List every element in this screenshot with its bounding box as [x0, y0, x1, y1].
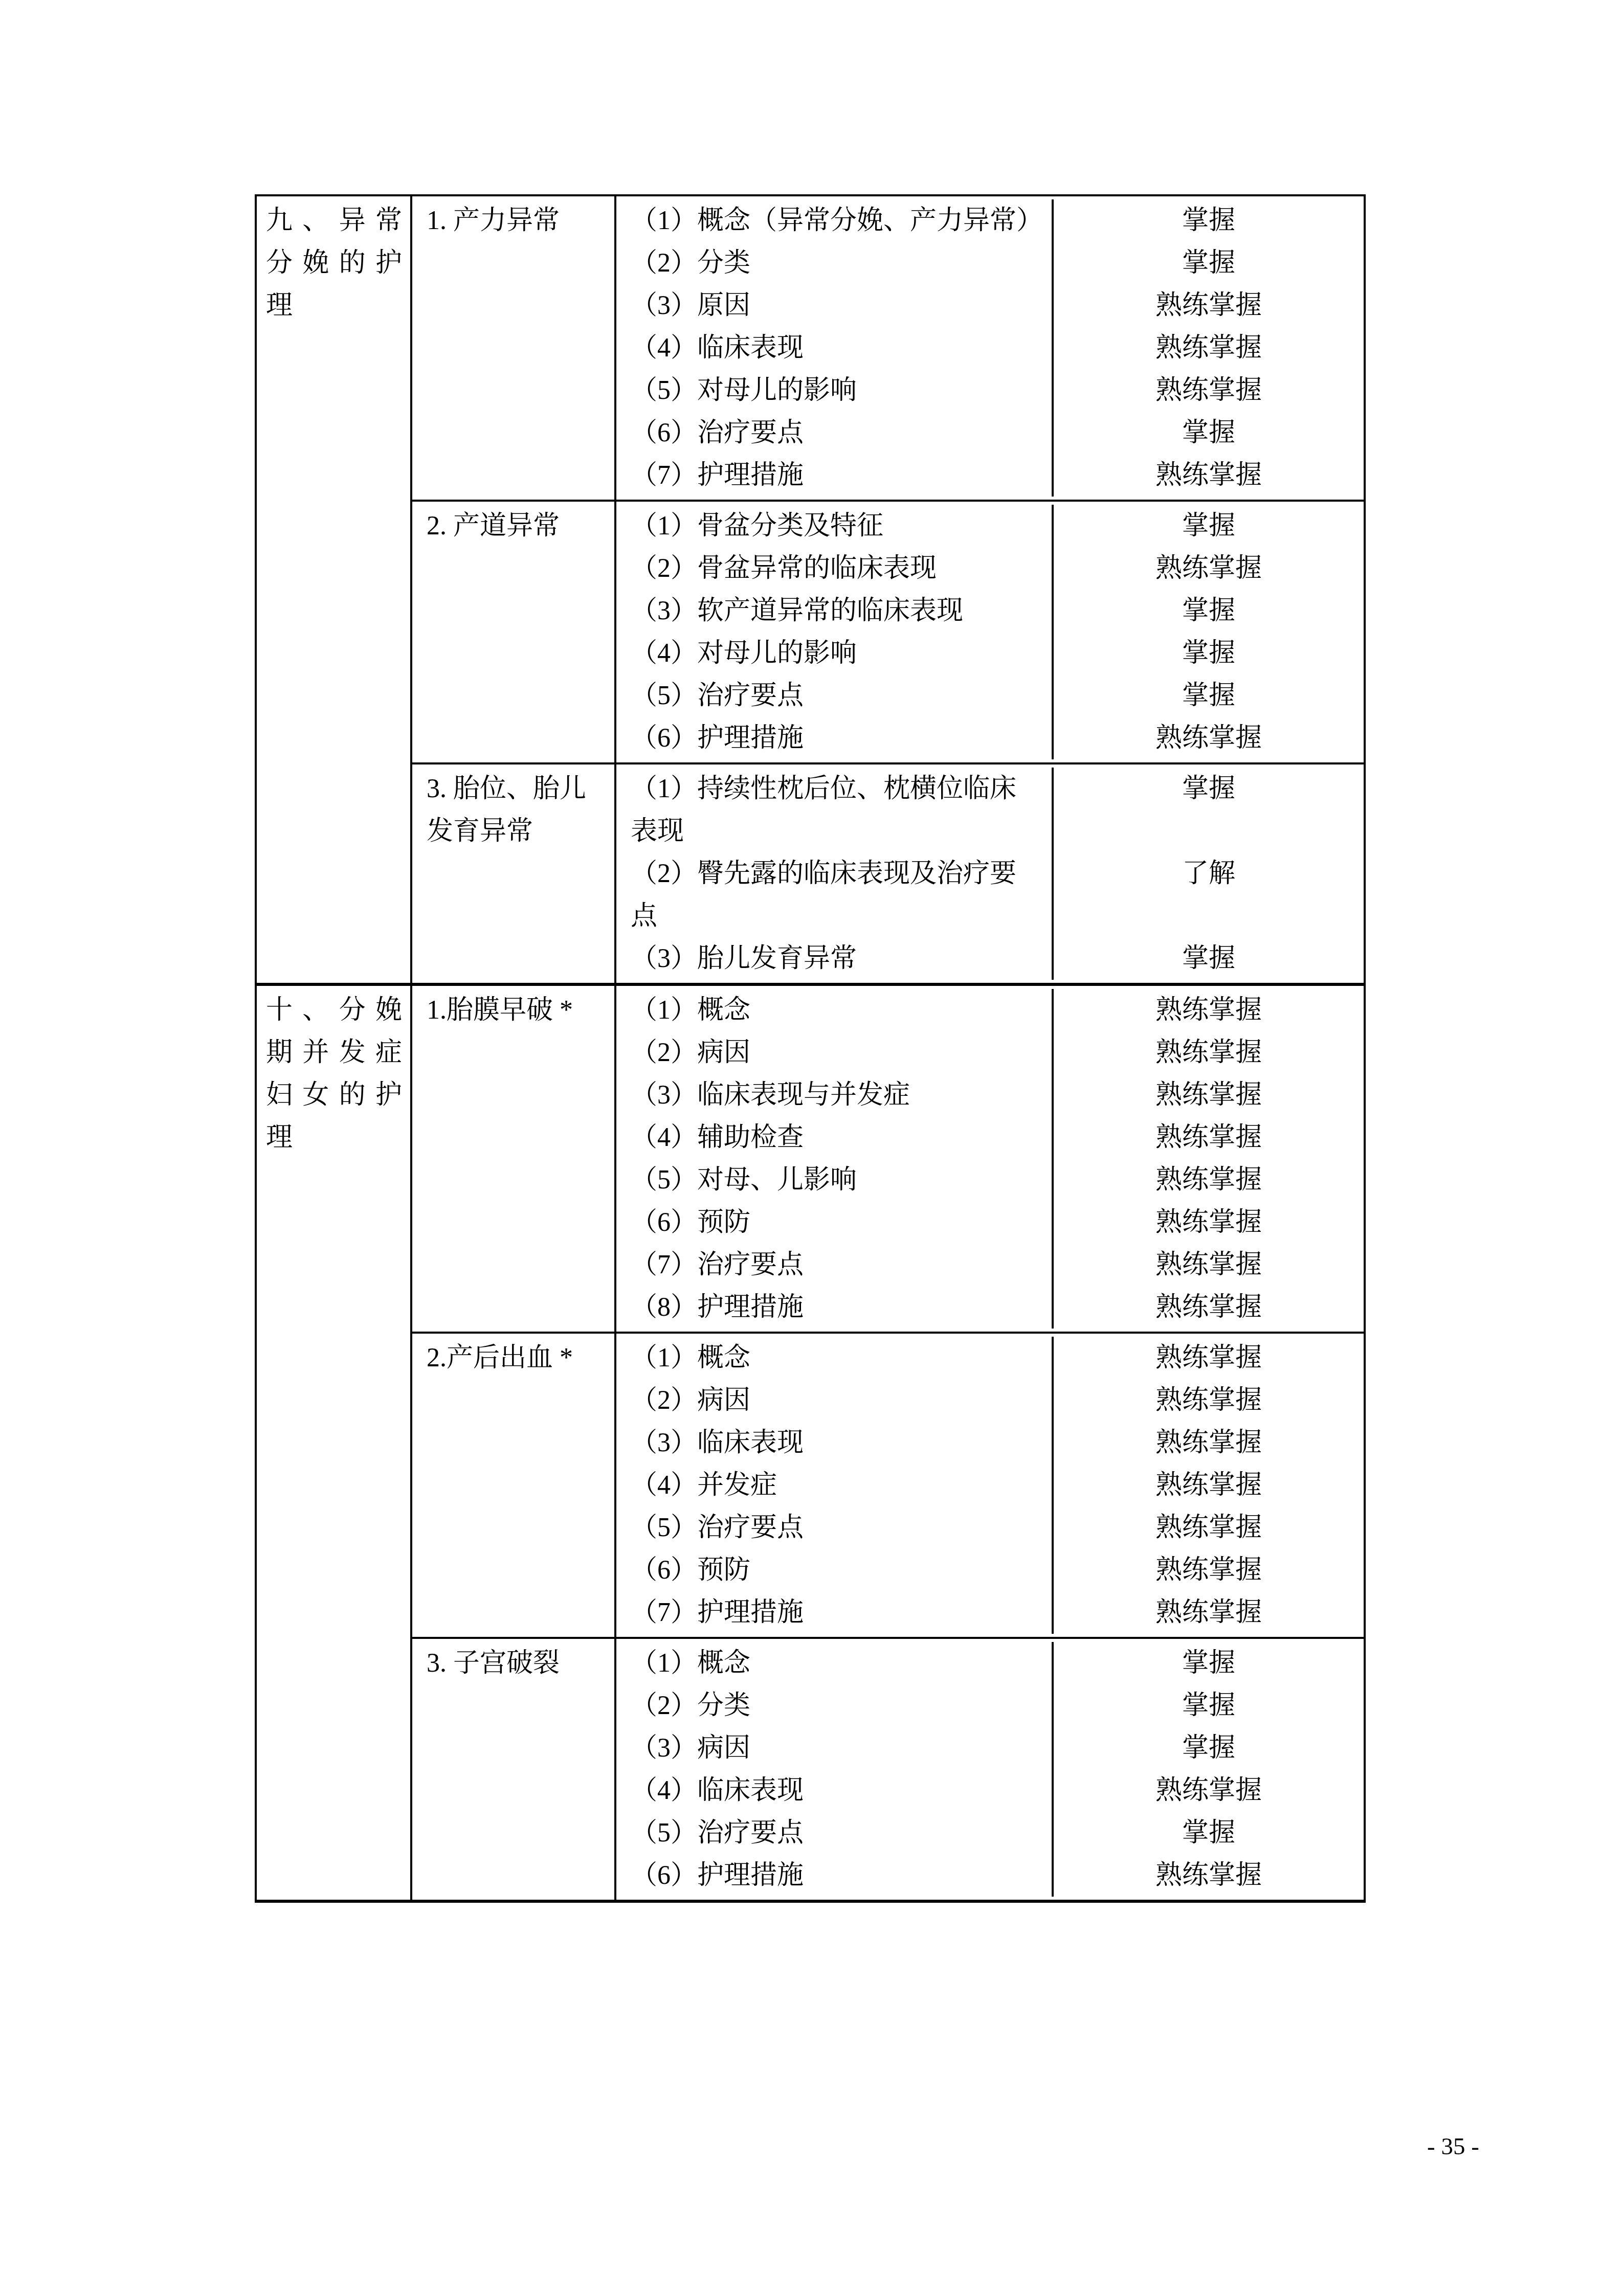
mastery-level: 熟练掌握	[1052, 1769, 1364, 1812]
topic-row: 1.胎膜早破 *（1）概念熟练掌握（2）病因熟练掌握（3）临床表现与并发症熟练掌…	[412, 986, 1364, 1332]
topic-cell: 3. 胎位、胎儿 发育异常	[412, 764, 616, 983]
mastery-level: 熟练掌握	[1052, 1506, 1364, 1549]
topic-row: 2.产后出血 *（1）概念熟练掌握（2）病因熟练掌握（3）临床表现熟练掌握（4）…	[412, 1332, 1364, 1637]
page-number: - 35 -	[1427, 2131, 1479, 2162]
topic-cell: 3. 子宫破裂	[412, 1639, 616, 1900]
item-text: （3）胎儿发育异常	[616, 937, 1052, 980]
mastery-level: 熟练掌握	[1052, 1201, 1364, 1244]
item-row: （6）预防熟练掌握	[616, 1201, 1364, 1244]
mastery-level: 熟练掌握	[1052, 1074, 1364, 1116]
section-rows: 1.胎膜早破 *（1）概念熟练掌握（2）病因熟练掌握（3）临床表现与并发症熟练掌…	[412, 986, 1364, 1900]
item-row: （1）概念掌握	[616, 1642, 1364, 1684]
item-list: （1）概念熟练掌握（2）病因熟练掌握（3）临床表现熟练掌握（4）并发症熟练掌握（…	[616, 1334, 1364, 1637]
item-text: （4）对母儿的影响	[616, 632, 1052, 674]
mastery-level: 掌握	[1052, 1642, 1364, 1684]
mastery-level: 掌握	[1052, 768, 1364, 852]
mastery-level: 掌握	[1052, 674, 1364, 717]
table-section: 十、分娩 期并发症 妇女的护 理1.胎膜早破 *（1）概念熟练掌握（2）病因熟练…	[257, 983, 1364, 1900]
item-row: （6）护理措施熟练掌握	[616, 717, 1364, 759]
item-row: （4）临床表现熟练掌握	[616, 327, 1364, 369]
item-row: （4）辅助检查熟练掌握	[616, 1116, 1364, 1159]
item-row: （5）治疗要点熟练掌握	[616, 1506, 1364, 1549]
mastery-level: 熟练掌握	[1052, 717, 1364, 759]
mastery-level: 熟练掌握	[1052, 327, 1364, 369]
item-text: （5）治疗要点	[616, 674, 1052, 717]
item-text: （8）护理措施	[616, 1286, 1052, 1329]
item-text: （5）对母、儿影响	[616, 1159, 1052, 1201]
item-list: （1）骨盆分类及特征掌握（2）骨盆异常的临床表现熟练掌握（3）软产道异常的临床表…	[616, 502, 1364, 762]
item-text: （1）概念	[616, 1337, 1052, 1379]
item-text: （2）骨盆异常的临床表现	[616, 547, 1052, 590]
item-text: （4）临床表现	[616, 327, 1052, 369]
item-row: （7）护理措施熟练掌握	[616, 1591, 1364, 1634]
mastery-level: 熟练掌握	[1052, 1159, 1364, 1201]
mastery-level: 熟练掌握	[1052, 1116, 1364, 1159]
item-text: （1）骨盆分类及特征	[616, 505, 1052, 547]
item-row: （3）临床表现与并发症熟练掌握	[616, 1074, 1364, 1116]
item-row: （3）胎儿发育异常掌握	[616, 937, 1364, 980]
item-text: （1）概念	[616, 1642, 1052, 1684]
item-text: （2）分类	[616, 1684, 1052, 1727]
chapter-cell: 十、分娩 期并发症 妇女的护 理	[257, 986, 412, 1900]
mastery-level: 熟练掌握	[1052, 1854, 1364, 1897]
mastery-level: 掌握	[1052, 505, 1364, 547]
chapter-cell: 九、异常 分娩的护 理	[257, 196, 412, 983]
item-row: （7）护理措施熟练掌握	[616, 454, 1364, 497]
item-row: （8）护理措施熟练掌握	[616, 1286, 1364, 1329]
item-text: （6）治疗要点	[616, 412, 1052, 454]
mastery-level: 了解	[1052, 852, 1364, 937]
item-text: （7）治疗要点	[616, 1244, 1052, 1286]
item-row: （1）骨盆分类及特征掌握	[616, 505, 1364, 547]
item-text: （5）治疗要点	[616, 1812, 1052, 1854]
item-row: （6）治疗要点掌握	[616, 412, 1364, 454]
item-row: （2）骨盆异常的临床表现熟练掌握	[616, 547, 1364, 590]
mastery-level: 掌握	[1052, 412, 1364, 454]
item-text: （3）病因	[616, 1727, 1052, 1769]
item-row: （3）病因掌握	[616, 1727, 1364, 1769]
item-row: （2）病因熟练掌握	[616, 1379, 1364, 1422]
item-row: （5）对母儿的影响熟练掌握	[616, 369, 1364, 412]
item-list: （1）持续性枕后位、枕横位临床 表现掌握（2）臀先露的临床表现及治疗要 点了解（…	[616, 764, 1364, 983]
topic-row: 2. 产道异常（1）骨盆分类及特征掌握（2）骨盆异常的临床表现熟练掌握（3）软产…	[412, 500, 1364, 762]
topic-cell: 1.胎膜早破 *	[412, 986, 616, 1332]
mastery-level: 熟练掌握	[1052, 1379, 1364, 1422]
item-row: （5）治疗要点掌握	[616, 1812, 1364, 1854]
item-list: （1）概念掌握（2）分类掌握（3）病因掌握（4）临床表现熟练掌握（5）治疗要点掌…	[616, 1639, 1364, 1900]
item-text: （4）辅助检查	[616, 1116, 1052, 1159]
mastery-level: 熟练掌握	[1052, 1422, 1364, 1464]
item-text: （2）分类	[616, 242, 1052, 284]
item-text: （6）预防	[616, 1549, 1052, 1591]
item-text: （2）病因	[616, 1031, 1052, 1074]
item-row: （2）分类掌握	[616, 1684, 1364, 1727]
topic-cell: 2. 产道异常	[412, 502, 616, 762]
item-text: （5）对母儿的影响	[616, 369, 1052, 412]
item-text: （3）临床表现与并发症	[616, 1074, 1052, 1116]
mastery-level: 熟练掌握	[1052, 369, 1364, 412]
item-row: （6）预防熟练掌握	[616, 1549, 1364, 1591]
mastery-level: 掌握	[1052, 1727, 1364, 1769]
item-text: （6）护理措施	[616, 717, 1052, 759]
item-row: （2）分类掌握	[616, 242, 1364, 284]
item-list: （1）概念熟练掌握（2）病因熟练掌握（3）临床表现与并发症熟练掌握（4）辅助检查…	[616, 986, 1364, 1332]
mastery-level: 熟练掌握	[1052, 547, 1364, 590]
mastery-level: 熟练掌握	[1052, 1591, 1364, 1634]
item-text: （3）原因	[616, 284, 1052, 327]
item-row: （3）原因熟练掌握	[616, 284, 1364, 327]
topic-row: 1. 产力异常（1）概念（异常分娩、产力异常）掌握（2）分类掌握（3）原因熟练掌…	[412, 196, 1364, 500]
item-text: （2）臀先露的临床表现及治疗要 点	[616, 852, 1052, 937]
mastery-level: 熟练掌握	[1052, 1286, 1364, 1329]
mastery-level: 熟练掌握	[1052, 1031, 1364, 1074]
item-row: （3）软产道异常的临床表现掌握	[616, 590, 1364, 632]
item-row: （7）治疗要点熟练掌握	[616, 1244, 1364, 1286]
item-row: （1）持续性枕后位、枕横位临床 表现掌握	[616, 768, 1364, 852]
mastery-level: 熟练掌握	[1052, 989, 1364, 1031]
item-list: （1）概念（异常分娩、产力异常）掌握（2）分类掌握（3）原因熟练掌握（4）临床表…	[616, 196, 1364, 500]
item-row: （5）治疗要点掌握	[616, 674, 1364, 717]
mastery-level: 熟练掌握	[1052, 1464, 1364, 1506]
syllabus-table: 九、异常 分娩的护 理1. 产力异常（1）概念（异常分娩、产力异常）掌握（2）分…	[255, 194, 1366, 1903]
item-row: （2）臀先露的临床表现及治疗要 点了解	[616, 852, 1364, 937]
section-rows: 1. 产力异常（1）概念（异常分娩、产力异常）掌握（2）分类掌握（3）原因熟练掌…	[412, 196, 1364, 983]
item-text: （6）预防	[616, 1201, 1052, 1244]
item-text: （3）临床表现	[616, 1422, 1052, 1464]
topic-row: 3. 子宫破裂（1）概念掌握（2）分类掌握（3）病因掌握（4）临床表现熟练掌握（…	[412, 1637, 1364, 1900]
item-row: （3）临床表现熟练掌握	[616, 1422, 1364, 1464]
item-text: （1）概念	[616, 989, 1052, 1031]
topic-cell: 1. 产力异常	[412, 196, 616, 500]
item-row: （1）概念熟练掌握	[616, 1337, 1364, 1379]
item-row: （1）概念（异常分娩、产力异常）掌握	[616, 199, 1364, 242]
item-text: （3）软产道异常的临床表现	[616, 590, 1052, 632]
mastery-level: 掌握	[1052, 937, 1364, 980]
mastery-level: 熟练掌握	[1052, 454, 1364, 497]
mastery-level: 掌握	[1052, 1812, 1364, 1854]
item-text: （7）护理措施	[616, 1591, 1052, 1634]
mastery-level: 掌握	[1052, 590, 1364, 632]
item-row: （1）概念熟练掌握	[616, 989, 1364, 1031]
item-row: （4）临床表现熟练掌握	[616, 1769, 1364, 1812]
item-text: （7）护理措施	[616, 454, 1052, 497]
item-row: （5）对母、儿影响熟练掌握	[616, 1159, 1364, 1201]
item-text: （4）临床表现	[616, 1769, 1052, 1812]
mastery-level: 掌握	[1052, 199, 1364, 242]
mastery-level: 熟练掌握	[1052, 284, 1364, 327]
item-row: （4）并发症熟练掌握	[616, 1464, 1364, 1506]
item-text: （5）治疗要点	[616, 1506, 1052, 1549]
item-row: （4）对母儿的影响掌握	[616, 632, 1364, 674]
mastery-level: 掌握	[1052, 1684, 1364, 1727]
item-row: （6）护理措施熟练掌握	[616, 1854, 1364, 1897]
topic-row: 3. 胎位、胎儿 发育异常（1）持续性枕后位、枕横位临床 表现掌握（2）臀先露的…	[412, 762, 1364, 983]
item-text: （6）护理措施	[616, 1854, 1052, 1897]
table-section: 九、异常 分娩的护 理1. 产力异常（1）概念（异常分娩、产力异常）掌握（2）分…	[257, 196, 1364, 983]
mastery-level: 掌握	[1052, 632, 1364, 674]
item-text: （1）持续性枕后位、枕横位临床 表现	[616, 768, 1052, 852]
mastery-level: 熟练掌握	[1052, 1549, 1364, 1591]
item-row: （2）病因熟练掌握	[616, 1031, 1364, 1074]
mastery-level: 熟练掌握	[1052, 1244, 1364, 1286]
mastery-level: 掌握	[1052, 242, 1364, 284]
item-text: （1）概念（异常分娩、产力异常）	[616, 199, 1052, 242]
item-text: （4）并发症	[616, 1464, 1052, 1506]
item-text: （2）病因	[616, 1379, 1052, 1422]
topic-cell: 2.产后出血 *	[412, 1334, 616, 1637]
mastery-level: 熟练掌握	[1052, 1337, 1364, 1379]
document-page: 九、异常 分娩的护 理1. 产力异常（1）概念（异常分娩、产力异常）掌握（2）分…	[0, 0, 1624, 2296]
